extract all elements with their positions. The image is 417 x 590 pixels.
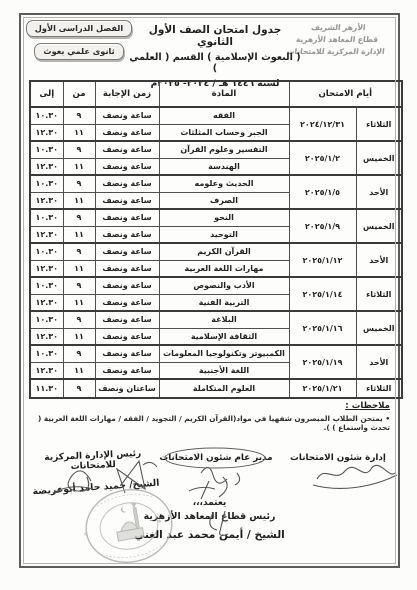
start-time-cell: ٩ bbox=[63, 209, 95, 226]
duration-cell: ساعة ونصف bbox=[95, 107, 159, 124]
subject-cell: الثقافة الإسلامية bbox=[159, 328, 289, 345]
subject-cell: الحديث وعلومه bbox=[159, 175, 289, 192]
track-badge: ثانوى علمي بعوث bbox=[34, 43, 123, 60]
start-time-cell: ١١ bbox=[63, 192, 95, 209]
duration-cell: ساعة ونصف bbox=[95, 277, 159, 294]
signature-title-central-admin-head: رئيس الإدارة المركزية للامتحانات bbox=[23, 448, 164, 474]
table-header-row: أيام الامتحان المادة زمن الإجابة من إلى bbox=[30, 81, 402, 107]
exam-day-cell: الأحد bbox=[356, 175, 402, 209]
notes-bullet-text: يمتحن الطلاب المبصرون شفهيا في مواد(القر… bbox=[38, 414, 390, 432]
start-time-cell: ١١ bbox=[63, 226, 95, 243]
col-header-to: إلى bbox=[30, 81, 63, 107]
subject-cell: التربية الفنية bbox=[159, 294, 289, 311]
start-time-cell: ٩ bbox=[63, 107, 95, 124]
exam-row: الثلاثاء٢٠٢٤/١٢/٣١الفقهساعة ونصف٩١٠.٣٠ bbox=[30, 107, 402, 124]
end-time-cell: ١٢.٣٠ bbox=[30, 124, 63, 141]
exam-date-cell: ٢٠٢٥/١/٢ bbox=[289, 141, 356, 175]
subject-cell: العلوم المتكاملة bbox=[159, 379, 289, 398]
subject-cell: الهندسة bbox=[159, 158, 289, 175]
start-time-cell: ٩ bbox=[63, 277, 95, 294]
approval-word: يعتمد،،، bbox=[21, 498, 398, 508]
duration-cell: ساعة ونصف bbox=[95, 192, 159, 209]
duration-cell: ساعة ونصف bbox=[95, 311, 159, 328]
subject-cell: البلاغة bbox=[159, 311, 289, 328]
exam-row: الخميس٢٠٢٥/١/١٦البلاغةساعة ونصف٩١٠.٣٠ bbox=[30, 311, 402, 328]
exam-day-cell: الخميس bbox=[356, 141, 402, 175]
subject-cell: الصرف bbox=[159, 192, 289, 209]
start-time-cell: ١١ bbox=[63, 294, 95, 311]
end-time-cell: ١٢.٣٠ bbox=[30, 158, 63, 175]
subject-cell: الجبر وحساب المثلثات bbox=[159, 124, 289, 141]
duration-cell: ساعة ونصف bbox=[95, 226, 159, 243]
duration-cell: ساعتان ونصف bbox=[95, 379, 159, 398]
duration-cell: ساعة ونصف bbox=[95, 124, 159, 141]
exam-row: الخميس٢٠٢٥/١/٢التفسير وعلوم القرآنساعة و… bbox=[30, 141, 402, 158]
approval-title: رئيس قطاع المعاهد الأزهرية bbox=[21, 511, 398, 522]
exam-row: الأحد٢٠٢٥/١/٥الحديث وعلومهساعة ونصف٩١٠.٣… bbox=[30, 175, 402, 192]
duration-cell: ساعة ونصف bbox=[95, 243, 159, 260]
start-time-cell: ١١ bbox=[63, 328, 95, 345]
exam-row: الأحد٢٠٢٥/١/١٢القرآن الكريمساعة ونصف٩١٠.… bbox=[30, 243, 402, 260]
signature-title-general-director: مدير عام شئون الامتحانات bbox=[151, 453, 281, 463]
central-admin-head-name: الشيخ/ حميد حامد أبوعريضة bbox=[21, 477, 171, 498]
duration-cell: ساعة ونصف bbox=[95, 209, 159, 226]
duration-cell: ساعة ونصف bbox=[95, 260, 159, 277]
subject-cell: القرآن الكريم bbox=[159, 243, 289, 260]
exam-row: الخميس٢٠٢٥/١/٩النحوساعة ونصف٩١٠.٣٠ bbox=[30, 209, 402, 226]
start-time-cell: ٩ bbox=[63, 311, 95, 328]
exam-schedule-document: الأزهر الشريف قطاع المعاهد الأزهرية الإد… bbox=[0, 0, 417, 590]
exam-day-cell: الخميس bbox=[356, 311, 402, 345]
exam-date-cell: ٢٠٢٥/١/٩ bbox=[289, 209, 356, 243]
end-time-cell: ١٠.٣٠ bbox=[30, 141, 63, 158]
col-header-duration: زمن الإجابة bbox=[95, 81, 159, 107]
duration-cell: ساعة ونصف bbox=[95, 175, 159, 192]
page-frame: الأزهر الشريف قطاع المعاهد الأزهرية الإد… bbox=[19, 13, 400, 568]
exam-date-cell: ٢٠٢٤/١٢/٣١ bbox=[289, 107, 356, 141]
end-time-cell: ١٢.٣٠ bbox=[30, 328, 63, 345]
end-time-cell: ١٠.٣٠ bbox=[30, 107, 63, 124]
exam-day-cell: الأحد bbox=[356, 345, 402, 379]
duration-cell: ساعة ونصف bbox=[95, 328, 159, 345]
start-time-cell: ٩ bbox=[63, 379, 95, 398]
exam-date-cell: ٢٠٢٥/١/١٤ bbox=[289, 277, 356, 311]
bullet-dot: • bbox=[385, 414, 390, 423]
notes-bullet: • يمتحن الطلاب المبصرون شفهيا في مواد(ال… bbox=[29, 414, 390, 432]
subject-cell: الأدب والنصوص bbox=[159, 277, 289, 294]
subject-cell: التوحيد bbox=[159, 226, 289, 243]
signature-title-exams-admin: إدارة شئون الامتحانات bbox=[282, 453, 394, 463]
exam-day-cell: الثلاثاء bbox=[356, 379, 402, 398]
exam-date-cell: ٢٠٢٥/١/١٢ bbox=[289, 243, 356, 277]
exam-row: الثلاثاء٢٠٢٥/١/١٤الأدب والنصوصساعة ونصف٩… bbox=[30, 277, 402, 294]
end-time-cell: ١٠.٣٠ bbox=[30, 277, 63, 294]
start-time-cell: ٩ bbox=[63, 175, 95, 192]
end-time-cell: ١٠.٣٠ bbox=[30, 243, 63, 260]
exam-day-cell: الخميس bbox=[356, 209, 402, 243]
duration-cell: ساعة ونصف bbox=[95, 362, 159, 379]
subject-cell: اللغة الأجنبية bbox=[159, 362, 289, 379]
end-time-cell: ١٢.٣٠ bbox=[30, 226, 63, 243]
page-subtitle: ( البعوث الإسلامية ) القسم ( العلمي ) bbox=[129, 52, 301, 74]
exam-row: الثلاثاء٢٠٢٥/١/٢١العلوم المتكاملةساعتان … bbox=[30, 379, 402, 398]
col-header-subject: المادة bbox=[159, 81, 289, 107]
approval-name: الشيخ / أيمن محمد عبد الغني bbox=[21, 529, 398, 541]
start-time-cell: ٩ bbox=[63, 141, 95, 158]
end-time-cell: ١٢.٣٠ bbox=[30, 362, 63, 379]
duration-cell: ساعة ونصف bbox=[95, 294, 159, 311]
start-time-cell: ١١ bbox=[63, 124, 95, 141]
end-time-cell: ١١.٣٠ bbox=[30, 379, 63, 398]
badge-group: الفصل الدراسى الأول ثانوى علمي بعوث bbox=[27, 20, 131, 60]
semester-badge: الفصل الدراسى الأول bbox=[26, 20, 132, 37]
start-time-cell: ٩ bbox=[63, 345, 95, 362]
subject-cell: التفسير وعلوم القرآن bbox=[159, 141, 289, 158]
start-time-cell: ١١ bbox=[63, 260, 95, 277]
exam-date-cell: ٢٠٢٥/١/٢١ bbox=[289, 379, 356, 398]
exam-day-cell: الثلاثاء bbox=[356, 107, 402, 141]
exam-day-cell: الأحد bbox=[356, 243, 402, 277]
start-time-cell: ١١ bbox=[63, 362, 95, 379]
end-time-cell: ١٢.٣٠ bbox=[30, 260, 63, 277]
exam-date-cell: ٢٠٢٥/١/١٦ bbox=[289, 311, 356, 345]
end-time-cell: ١٢.٣٠ bbox=[30, 192, 63, 209]
notes-heading: ملاحظات : bbox=[29, 401, 390, 411]
subject-cell: الفقه bbox=[159, 107, 289, 124]
end-time-cell: ١٠.٣٠ bbox=[30, 209, 63, 226]
duration-cell: ساعة ونصف bbox=[95, 345, 159, 362]
subject-cell: النحو bbox=[159, 209, 289, 226]
end-time-cell: ١٠.٣٠ bbox=[30, 311, 63, 328]
exam-day-cell: الثلاثاء bbox=[356, 277, 402, 311]
subject-cell: الكمبيوتر وتكنولوجيا المعلومات bbox=[159, 345, 289, 362]
approval-block: يعتمد،،، رئيس قطاع المعاهد الأزهرية الشي… bbox=[21, 498, 398, 541]
start-time-cell: ١١ bbox=[63, 158, 95, 175]
start-time-cell: ٩ bbox=[63, 243, 95, 260]
duration-cell: ساعة ونصف bbox=[95, 158, 159, 175]
duration-cell: ساعة ونصف bbox=[95, 141, 159, 158]
exam-schedule-table: أيام الامتحان المادة زمن الإجابة من إلى … bbox=[29, 80, 403, 399]
col-header-from: من bbox=[63, 81, 95, 107]
exam-date-cell: ٢٠٢٥/١/٥ bbox=[289, 175, 356, 209]
page-title: جدول امتحان الصف الأول الثانوي bbox=[129, 24, 301, 48]
exam-date-cell: ٢٠٢٥/١/١٩ bbox=[289, 345, 356, 379]
col-header-exam-days: أيام الامتحان bbox=[289, 81, 402, 107]
end-time-cell: ١٠.٣٠ bbox=[30, 175, 63, 192]
end-time-cell: ١٠.٣٠ bbox=[30, 345, 63, 362]
notes-section: ملاحظات : • يمتحن الطلاب المبصرون شفهيا … bbox=[29, 401, 390, 432]
exam-row: الأحد٢٠٢٥/١/١٩الكمبيوتر وتكنولوجيا المعل… bbox=[30, 345, 402, 362]
signature-right-icon bbox=[309, 461, 401, 491]
end-time-cell: ١٢.٣٠ bbox=[30, 294, 63, 311]
subject-cell: مهارات اللغة العربية bbox=[159, 260, 289, 277]
